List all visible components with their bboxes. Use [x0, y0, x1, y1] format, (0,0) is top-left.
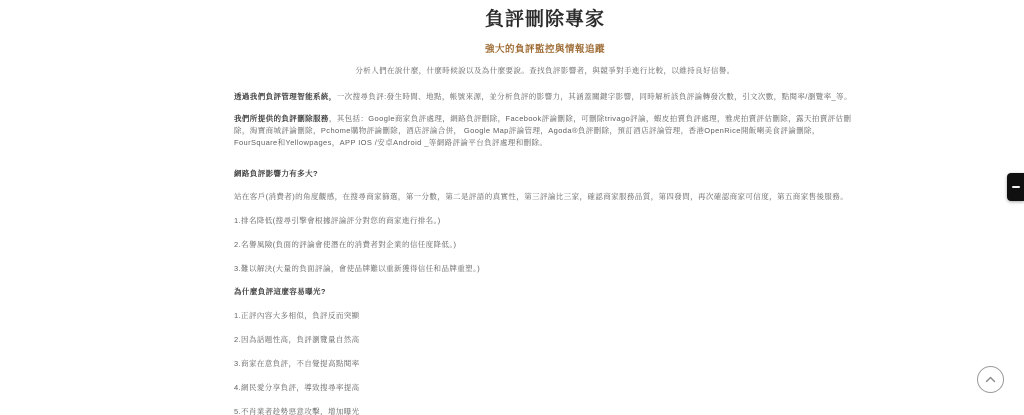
list-item: 1.排名降低(搜尋引擎會根據評論評分對您的商家進行排名。) — [234, 216, 856, 226]
page-title: 負評刪除專家 — [234, 8, 856, 32]
side-panel-toggle-button[interactable] — [1007, 173, 1024, 201]
paragraph-lead: 我們所提供的負評刪除服務 — [234, 114, 329, 123]
list-item: 2.名譽風險(負面的評論會使潛在的消費者對企業的信任度降低。) — [234, 240, 856, 250]
section-heading: 網路負評影響力有多大? — [234, 169, 856, 179]
paragraph-lead: 透過我們負評管理智能系統， — [234, 92, 337, 101]
section-exposure: 為什麼負評這麼容易曝光? 1.正評內容大多相似，負評反而突顯 2.因為話題性高，… — [234, 287, 856, 415]
intro-paragraph: 分析人們在說什麼，什麼時候說以及為什麼要說。查找負評影響者，與競爭對手進行比較，… — [234, 66, 856, 76]
paragraph-text: 一次搜尋負評:發生時間、地點，帳號來源，並分析負評的影響力，其涵蓋關鍵字影響，同… — [337, 92, 852, 101]
main-content: 負評刪除專家 強大的負評監控與情報追蹤 分析人們在說什麼，什麼時候說以及為什麼要… — [234, 0, 856, 415]
list-item: 3.商家在意負評，不自覺提高點閱率 — [234, 359, 856, 369]
page-subtitle: 強大的負評監控與情報追蹤 — [234, 44, 856, 55]
back-to-top-button[interactable] — [977, 366, 1004, 393]
collapse-dash-icon — [1012, 186, 1020, 189]
list-item: 1.正評內容大多相似，負評反而突顯 — [234, 311, 856, 321]
page: 負評刪除專家 強大的負評監控與情報追蹤 分析人們在說什麼，什麼時候說以及為什麼要… — [0, 0, 1024, 415]
chevron-up-icon — [984, 373, 997, 386]
list-item: 3.難以解決(大量的負面評論，會使品牌難以重新獲得信任和品牌重塑。) — [234, 264, 856, 274]
section-heading: 為什麼負評這麼容易曝光? — [234, 287, 856, 297]
section-intro: 站在客戶(消費者)的角度觀感，在搜尋商家篩選，第一分數，第二是評語的真實性，第三… — [234, 192, 856, 202]
section-impact: 網路負評影響力有多大? 站在客戶(消費者)的角度觀感，在搜尋商家篩選，第一分數，… — [234, 169, 856, 274]
list-item: 5.不肖業者趁勢惡意攻擊，增加曝光 — [234, 407, 856, 415]
list-item: 4.網民愛分享負評，導致搜尋率提高 — [234, 383, 856, 393]
paragraph-smart-system: 透過我們負評管理智能系統，一次搜尋負評:發生時間、地點，帳號來源，並分析負評的影… — [234, 91, 856, 103]
list-item: 2.因為話題性高，負評瀏覽量自然高 — [234, 335, 856, 345]
paragraph-removal-services: 我們所提供的負評刪除服務，其包括：Google商家負評處理，網路負評刪除，Fac… — [234, 113, 856, 149]
